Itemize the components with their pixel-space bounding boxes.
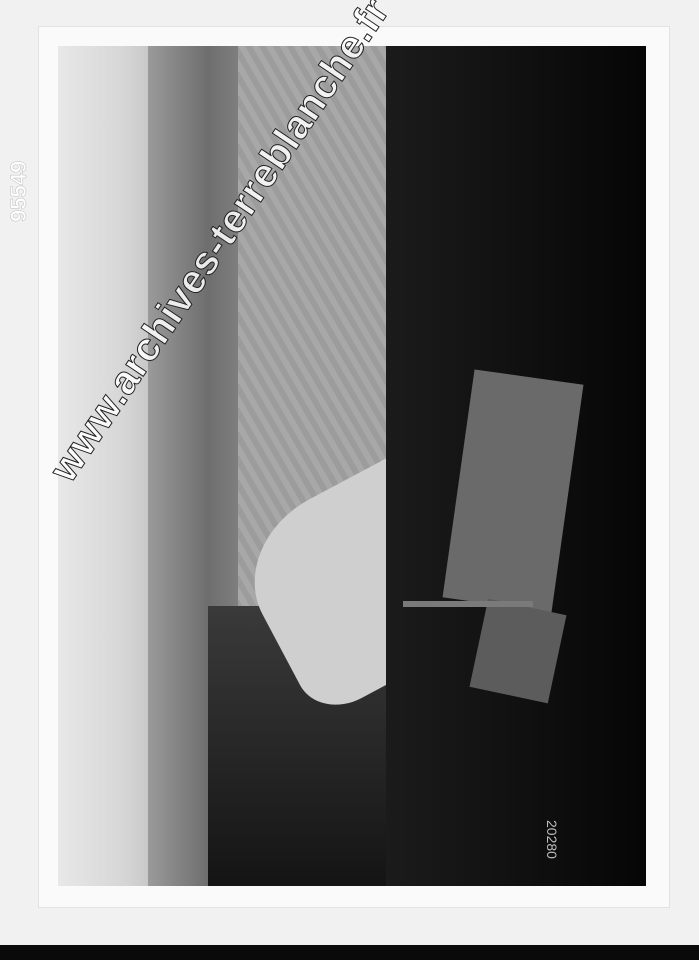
scan-sheet: 95549 www.archives-terreblanche.fr 20280 (0, 0, 699, 945)
inventory-number: 95549 (6, 161, 32, 222)
archival-photo (58, 46, 646, 886)
chimney (403, 601, 533, 607)
negative-number: 20280 (544, 820, 560, 859)
